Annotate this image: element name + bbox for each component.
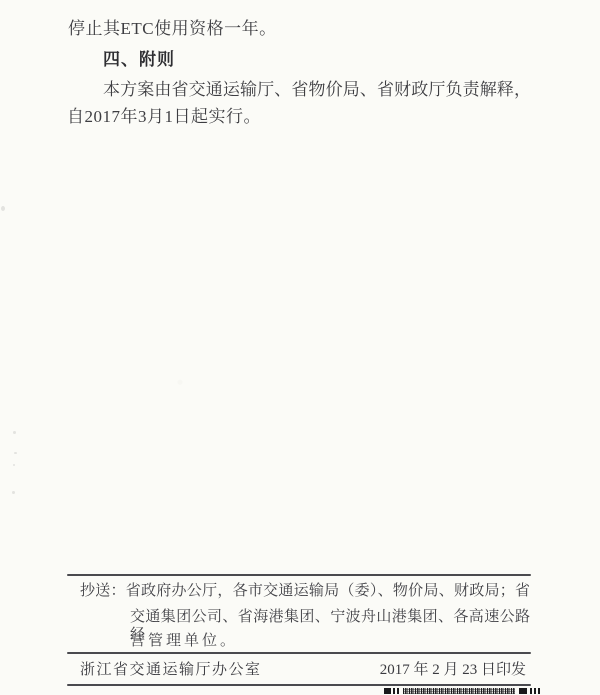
barcode-noise-strip: [403, 688, 515, 694]
scan-speck: [12, 491, 15, 494]
scan-speck: [13, 431, 16, 434]
cc-line-1: 抄送：省政府办公厅，各市交通运输局（委）、物价局、财政局；省: [80, 582, 530, 600]
paragraph-line-2: 自2017年3月1日起实行。: [67, 107, 261, 127]
barcode-icon: [384, 688, 554, 694]
section-heading: 四、附则: [103, 50, 175, 70]
scan-speck: [14, 452, 17, 454]
barcode-block: [384, 688, 391, 694]
footer-rule-bottom: [67, 684, 531, 686]
scanned-document-page: 停止其ETC使用资格一年。 四、附则 本方案由省交通运输厅、省物价局、省财政厅负…: [0, 0, 600, 695]
paragraph-line-1: 本方案由省交通运输厅、省物价局、省财政厅负责解释，: [103, 80, 531, 100]
issuer-row: 浙江省交通运输厅办公室 2017 年 2 月 23 日印发: [80, 661, 526, 680]
cc-line-3: 营管理单位。: [130, 632, 238, 650]
footer-rule-top: [67, 574, 531, 576]
issuing-office: 浙江省交通运输厅办公室: [80, 661, 262, 680]
scan-speck: [13, 464, 15, 466]
print-date: 2017 年 2 月 23 日印发: [380, 661, 526, 680]
footer-rule-middle: [67, 652, 531, 654]
body-line-continuation: 停止其ETC使用资格一年。: [68, 19, 277, 39]
scan-speck: [1, 206, 5, 211]
